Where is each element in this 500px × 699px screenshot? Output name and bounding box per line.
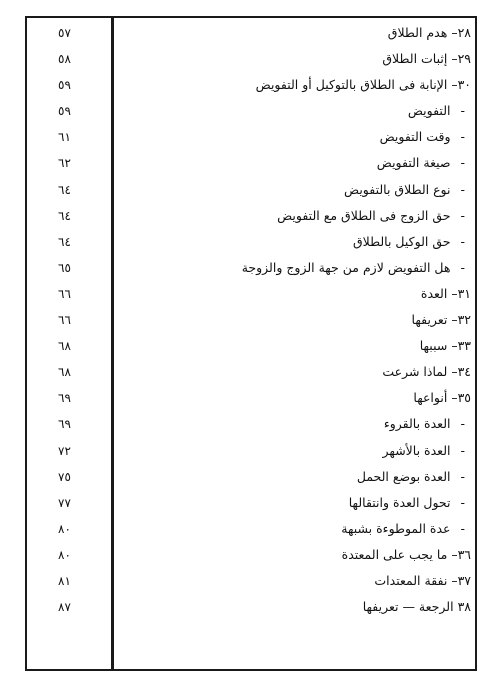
toc-subentry[interactable]: -العدة بالأشهر: [114, 438, 475, 464]
bullet-dash: -: [460, 438, 465, 464]
toc-entry[interactable]: ٣٦– ما يجب على المعتدة: [114, 542, 475, 568]
toc-entry[interactable]: ٣٤– لماذا شرعت: [114, 359, 475, 385]
entry-title: نوع الطلاق بالتفويض: [344, 182, 450, 197]
entry-title: ما يجب على المعتدة: [342, 547, 448, 562]
toc-entry[interactable]: ٣٣– سببها: [114, 333, 475, 359]
entry-number: ٢٨–: [451, 20, 471, 46]
entry-title: تحول العدة وانتقالها: [349, 495, 451, 510]
page-number: ٥٨: [27, 46, 111, 72]
bullet-dash: -: [460, 490, 465, 516]
toc-entry[interactable]: ٢٩– إثبات الطلاق: [114, 46, 475, 72]
page-number: ٦٢: [27, 150, 111, 176]
toc-entry[interactable]: ٣٨ الرجعة — تعريفها: [114, 594, 475, 620]
entry-title: حق الوكيل بالطلاق: [353, 234, 451, 249]
page-number: ٧٥: [27, 464, 111, 490]
bullet-dash: -: [460, 464, 465, 490]
page-number: ٦٤: [27, 229, 111, 255]
entry-title: هل التفويض لازم من جهة الزوج والزوجة: [242, 260, 451, 275]
page-number: ٨٠: [27, 516, 111, 542]
entry-number: ٣٣–: [451, 333, 471, 359]
entry-title: تعريفها: [412, 312, 448, 327]
toc-subentry[interactable]: -عدة الموطوءة بشبهة: [114, 516, 475, 542]
entry-title: العدة: [421, 286, 447, 301]
entry-title: عدة الموطوءة بشبهة: [341, 521, 450, 536]
entry-number: ٢٩–: [451, 46, 471, 72]
bullet-dash: -: [460, 150, 465, 176]
entry-title: التفويض: [408, 103, 451, 118]
page-number: ٨٧: [27, 594, 111, 620]
entry-number: ٣٢–: [451, 307, 471, 333]
entry-title: نفقة المعتدات: [374, 573, 447, 588]
entry-title: إثبات الطلاق: [382, 51, 447, 66]
entry-title: حق الزوج فى الطلاق مع التفويض: [277, 208, 450, 223]
page-number: ٦٥: [27, 255, 111, 281]
toc-entry[interactable]: ٢٨– هدم الطلاق: [114, 20, 475, 46]
page-number: ٥٩: [27, 98, 111, 124]
page-number: ٨١: [27, 568, 111, 594]
page-number: ٦٦: [27, 281, 111, 307]
entry-title: الإنابة فى الطلاق بالتوكيل أو التفويض: [256, 77, 448, 92]
page-number: ٥٧: [27, 20, 111, 46]
page-number-column: ٥٧ ٥٨ ٥٩ ٥٩ ٦١ ٦٢ ٦٤ ٦٤ ٦٤ ٦٥ ٦٦ ٦٦ ٦٨ ٦…: [27, 18, 114, 669]
entry-number: ٣٤–: [451, 359, 471, 385]
page-number: ٦٤: [27, 203, 111, 229]
toc-subentry[interactable]: -التفويض: [114, 98, 475, 124]
page-number: ٦٨: [27, 333, 111, 359]
bullet-dash: -: [460, 229, 465, 255]
toc-entry[interactable]: ٣٧– نفقة المعتدات: [114, 568, 475, 594]
entry-title: الرجعة — تعريفها: [363, 599, 454, 614]
toc-entry[interactable]: ٣٠– الإنابة فى الطلاق بالتوكيل أو التفوي…: [114, 72, 475, 98]
entry-title: العدة بالأشهر: [383, 443, 451, 458]
entry-title: العدة بالقروء: [384, 416, 451, 431]
entry-number: ٣١–: [451, 281, 471, 307]
bullet-dash: -: [460, 124, 465, 150]
entry-number: ٣٧–: [451, 568, 471, 594]
toc-subentry[interactable]: -العدة بوضع الحمل: [114, 464, 475, 490]
entry-number: ٣٦–: [451, 542, 471, 568]
entry-title: أنواعها: [413, 390, 447, 405]
toc-entry[interactable]: ٣٥– أنواعها: [114, 385, 475, 411]
page-number: ٦١: [27, 124, 111, 150]
entry-title: صيغة التفويض: [377, 155, 451, 170]
entry-title: سببها: [420, 338, 448, 353]
toc-subentry[interactable]: -صيغة التفويض: [114, 150, 475, 176]
bullet-dash: -: [460, 98, 465, 124]
page-number: ٧٧: [27, 490, 111, 516]
toc-subentry[interactable]: -العدة بالقروء: [114, 411, 475, 437]
page-number: ٨٠: [27, 542, 111, 568]
entry-number: ٣٥–: [451, 385, 471, 411]
page-number: ٦٩: [27, 411, 111, 437]
entry-title: لماذا شرعت: [382, 364, 447, 379]
page-number: ٦٩: [27, 385, 111, 411]
bullet-dash: -: [460, 516, 465, 542]
page-number: ٦٨: [27, 359, 111, 385]
toc-subentry[interactable]: -وقت التفويض: [114, 124, 475, 150]
toc-subentry[interactable]: -حق الزوج فى الطلاق مع التفويض: [114, 203, 475, 229]
toc-subentry[interactable]: -هل التفويض لازم من جهة الزوج والزوجة: [114, 255, 475, 281]
entry-number: ٣٠–: [451, 72, 471, 98]
page-number: ٥٩: [27, 72, 111, 98]
toc-entry[interactable]: ٣٢– تعريفها: [114, 307, 475, 333]
entry-title: وقت التفويض: [380, 129, 451, 144]
bullet-dash: -: [460, 255, 465, 281]
entry-number: ٣٨: [458, 594, 471, 620]
toc-subentry[interactable]: -حق الوكيل بالطلاق: [114, 229, 475, 255]
entry-title: العدة بوضع الحمل: [357, 469, 451, 484]
page-number: ٦٦: [27, 307, 111, 333]
title-column: ٢٨– هدم الطلاق ٢٩– إثبات الطلاق ٣٠– الإن…: [114, 18, 475, 669]
bullet-dash: -: [460, 411, 465, 437]
entry-title: هدم الطلاق: [388, 25, 448, 40]
table-of-contents: ٥٧ ٥٨ ٥٩ ٥٩ ٦١ ٦٢ ٦٤ ٦٤ ٦٤ ٦٥ ٦٦ ٦٦ ٦٨ ٦…: [25, 16, 477, 671]
toc-subentry[interactable]: -نوع الطلاق بالتفويض: [114, 177, 475, 203]
toc-subentry[interactable]: -تحول العدة وانتقالها: [114, 490, 475, 516]
bullet-dash: -: [460, 177, 465, 203]
page-number: ٦٤: [27, 177, 111, 203]
page-number: ٧٢: [27, 438, 111, 464]
bullet-dash: -: [460, 203, 465, 229]
toc-entry[interactable]: ٣١– العدة: [114, 281, 475, 307]
